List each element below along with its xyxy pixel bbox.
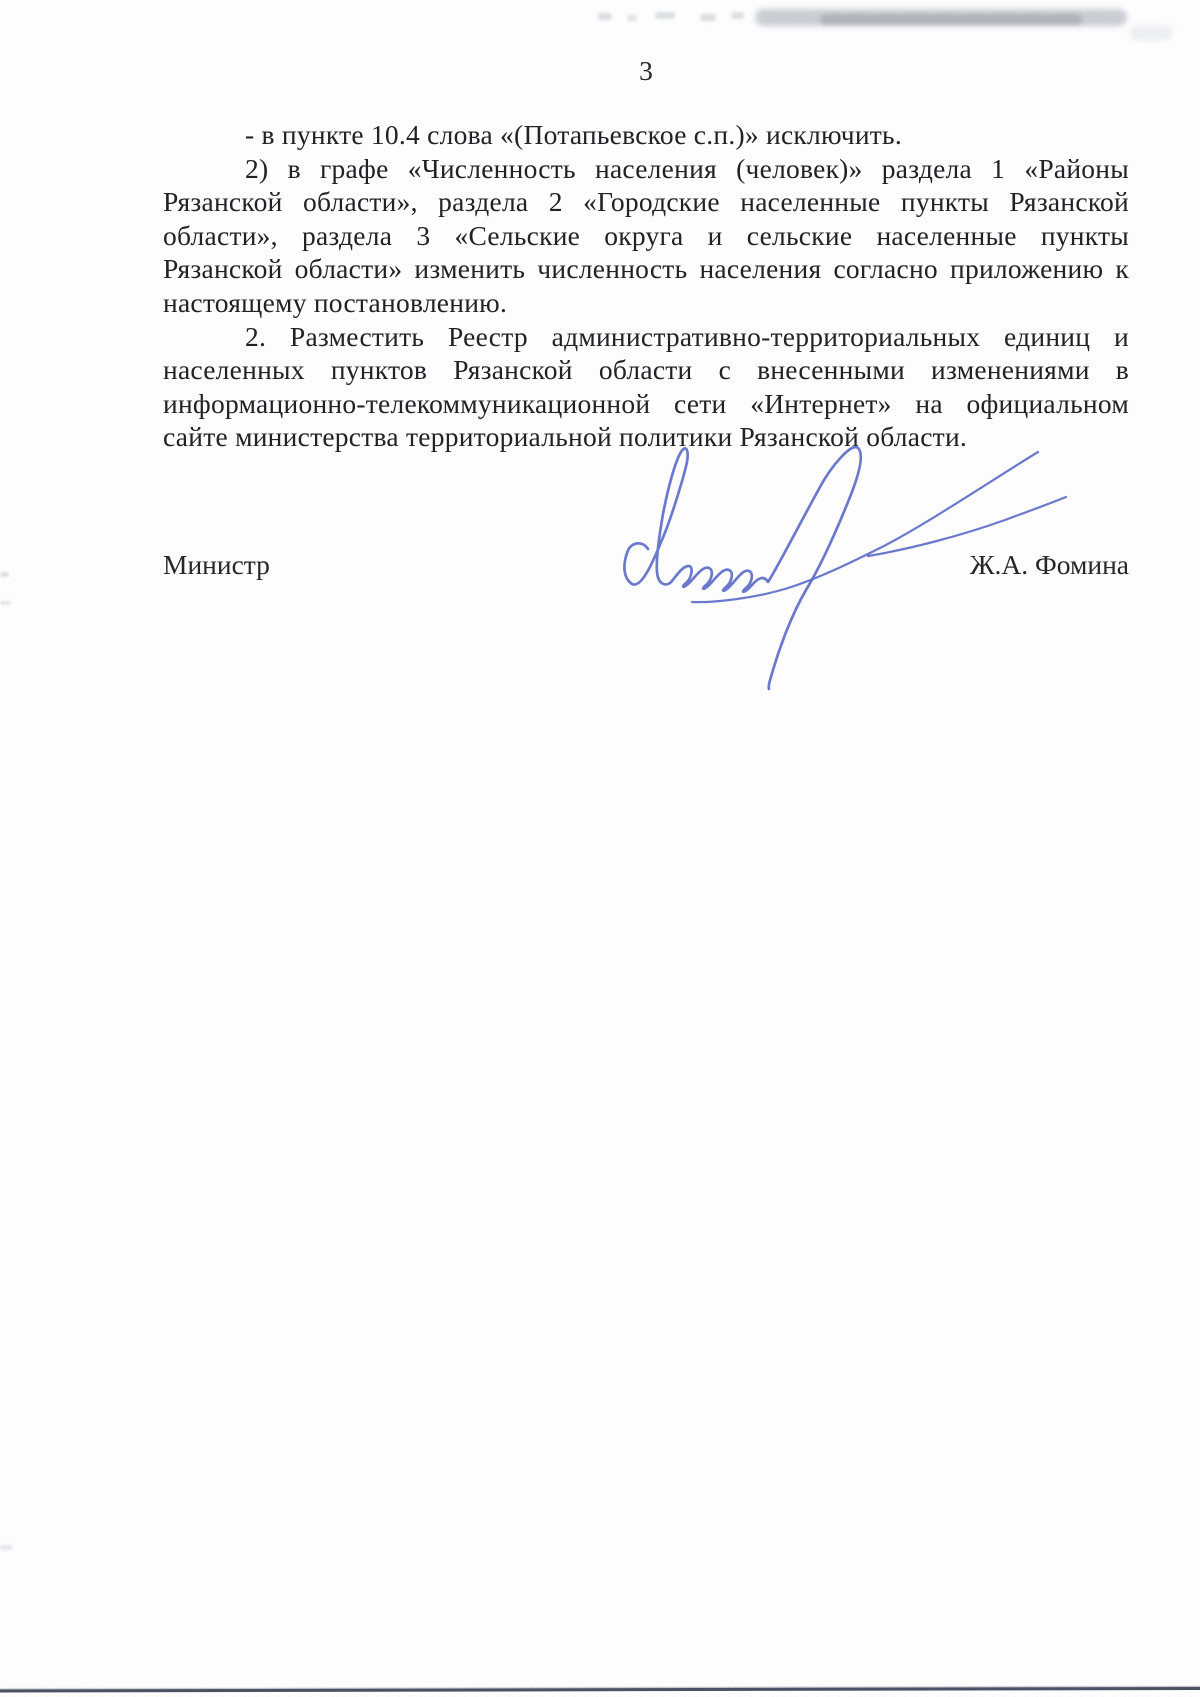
scan-speck bbox=[731, 12, 744, 19]
document-line: - в пункте 10.4 слова «(Потапьевское с.п… bbox=[163, 118, 1129, 152]
scan-speck bbox=[655, 12, 675, 19]
minister-role-label: Министр bbox=[163, 549, 270, 581]
scan-bottom-edge-line bbox=[0, 1687, 1200, 1693]
document-line: 2) в графе «Численность населения (челов… bbox=[163, 152, 1129, 186]
scan-speck bbox=[0, 601, 11, 605]
scanned-document-page: 3 - в пункте 10.4 слова «(Потапьевское с… bbox=[0, 0, 1200, 1697]
signature-stroke bbox=[868, 497, 1066, 556]
handwritten-signature bbox=[580, 432, 1080, 702]
document-line: информационно-телекоммуникационной сети … bbox=[163, 387, 1129, 421]
document-line: Рязанской области» изменить численность … bbox=[163, 252, 1129, 286]
scan-speck bbox=[700, 14, 716, 21]
document-line: настоящему постановлению. bbox=[163, 286, 1129, 320]
document-line: области», раздела 3 «Сельские округа и с… bbox=[163, 219, 1129, 253]
page-number: 3 bbox=[163, 56, 1129, 86]
scan-smudge-top bbox=[755, 9, 1127, 26]
scan-speck bbox=[627, 15, 637, 21]
scan-smudge-corner bbox=[1130, 26, 1172, 40]
scan-smudge-top bbox=[820, 14, 1082, 25]
signature-stroke bbox=[624, 447, 860, 689]
scan-speck bbox=[0, 572, 9, 577]
scan-speck bbox=[598, 13, 612, 20]
scan-speck bbox=[0, 1545, 12, 1550]
document-line: 2. Разместить Реестр административно-тер… bbox=[163, 320, 1129, 354]
document-line: Рязанской области», раздела 2 «Городские… bbox=[163, 185, 1129, 219]
document-body: - в пункте 10.4 слова «(Потапьевское с.п… bbox=[163, 118, 1129, 454]
document-line: населенных пунктов Рязанской области с в… bbox=[163, 353, 1129, 387]
